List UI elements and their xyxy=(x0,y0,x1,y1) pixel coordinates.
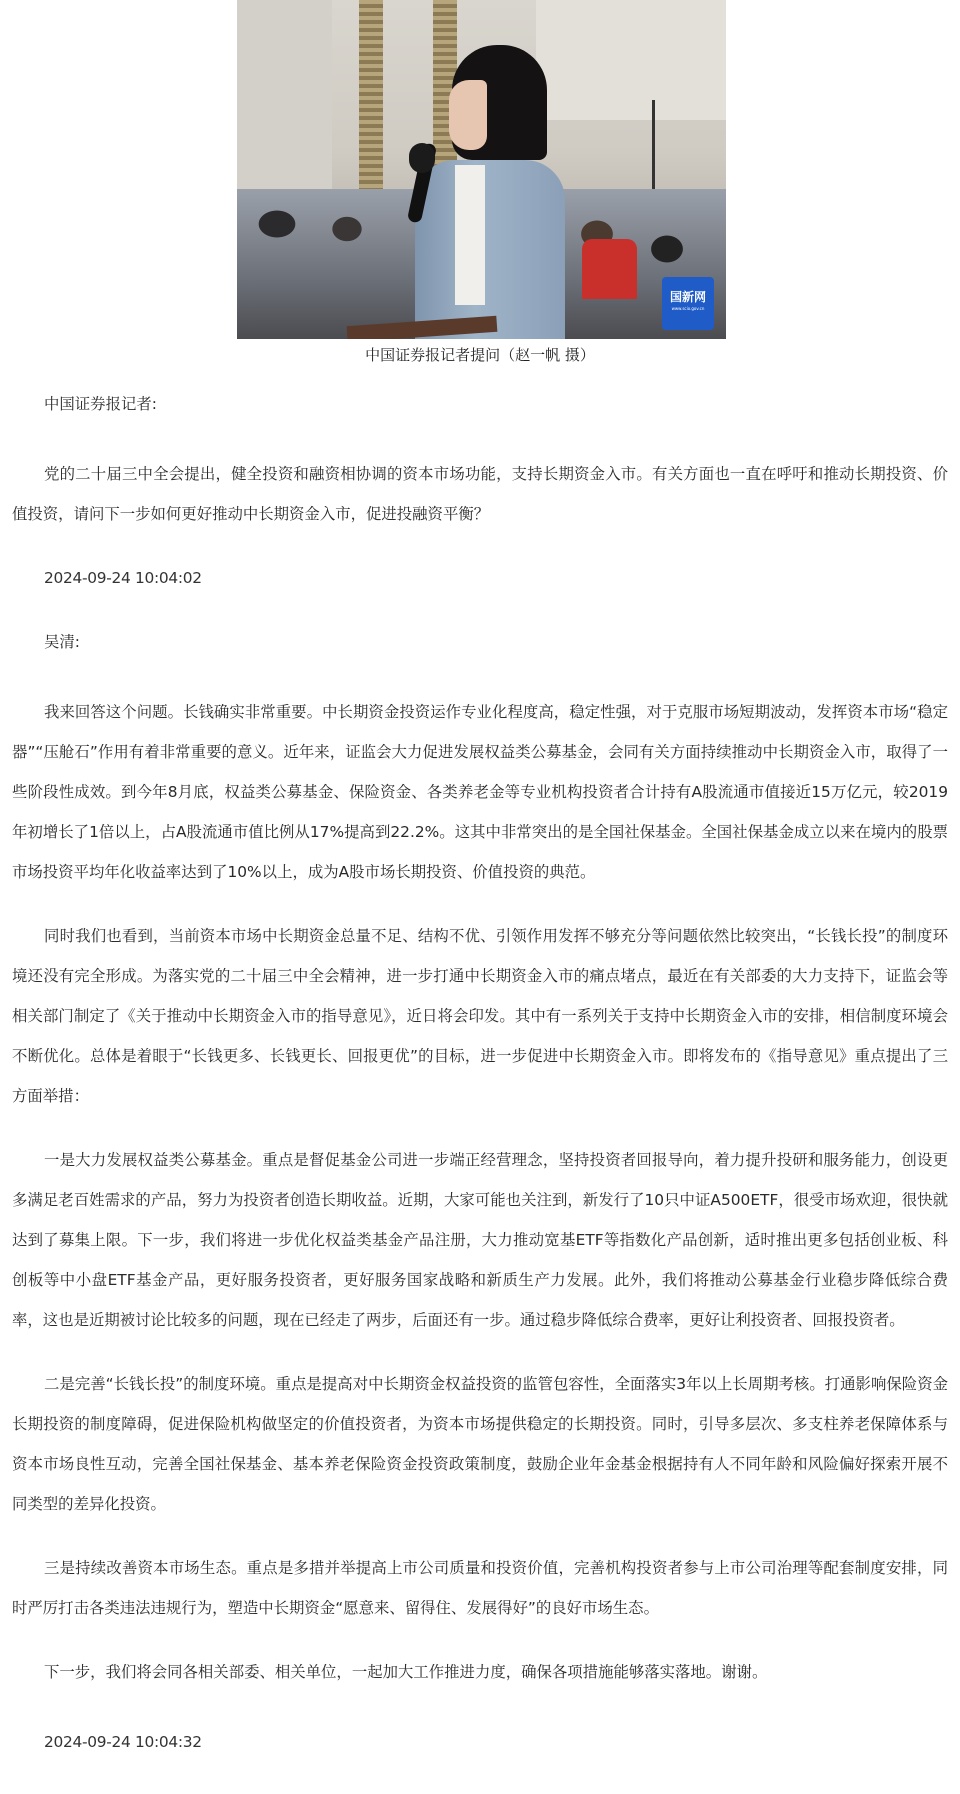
reporter-shirt xyxy=(455,165,485,305)
photo-audience-member xyxy=(582,239,637,299)
watermark-url: www.scio.gov.cn xyxy=(662,306,714,312)
reporter-jacket xyxy=(415,160,565,339)
photo-wall xyxy=(536,0,726,120)
press-photo-figure: 国新网 www.scio.gov.cn 中国证券报记者提问（赵一帆 摄） xyxy=(0,0,960,371)
answer-paragraph: 三是持续改善资本市场生态。重点是多措并举提高上市公司质量和投资价值，完善机构投资… xyxy=(12,1548,948,1628)
timestamp: 2024-09-24 10:04:32 xyxy=(12,1722,948,1762)
answer-paragraph: 二是完善“长钱长投”的制度环境。重点是提高对中长期资金权益投资的监管包容性，全面… xyxy=(12,1364,948,1524)
watermark-title: 国新网 xyxy=(662,290,714,304)
answer-paragraph: 我来回答这个问题。长钱确实非常重要。中长期资金投资运作专业化程度高，稳定性强，对… xyxy=(12,692,948,892)
press-photo: 国新网 www.scio.gov.cn xyxy=(237,0,726,339)
question-paragraph: 党的二十届三中全会提出，健全投资和融资相协调的资本市场功能，支持长期资金入市。有… xyxy=(12,454,948,534)
answer-paragraph: 下一步，我们将会同各相关部委、相关单位，一起加大工作推进力度，确保各项措施能够落… xyxy=(12,1652,948,1692)
answer-paragraph: 一是大力发展权益类公募基金。重点是督促基金公司进一步端正经营理念，坚持投资者回报… xyxy=(12,1140,948,1340)
scio-watermark-logo: 国新网 www.scio.gov.cn xyxy=(662,277,714,330)
camera-tripod xyxy=(652,100,655,190)
speaker-label: 吴清: xyxy=(12,622,948,662)
reporter-face xyxy=(449,80,487,150)
answer-paragraph: 同时我们也看到，当前资本市场中长期资金总量不足、结构不优、引领作用发挥不够充分等… xyxy=(12,916,948,1116)
photo-caption: 中国证券报记者提问（赵一帆 摄） xyxy=(0,339,960,371)
microphone-head xyxy=(409,143,435,173)
photo-pillar xyxy=(359,0,383,200)
transcript: 中国证券报记者: 党的二十届三中全会提出，健全投资和融资相协调的资本市场功能，支… xyxy=(0,384,960,1762)
speaker-label: 中国证券报记者: xyxy=(12,384,948,424)
article: 国新网 www.scio.gov.cn 中国证券报记者提问（赵一帆 摄） 中国证… xyxy=(0,0,960,1762)
timestamp: 2024-09-24 10:04:02 xyxy=(12,558,948,598)
